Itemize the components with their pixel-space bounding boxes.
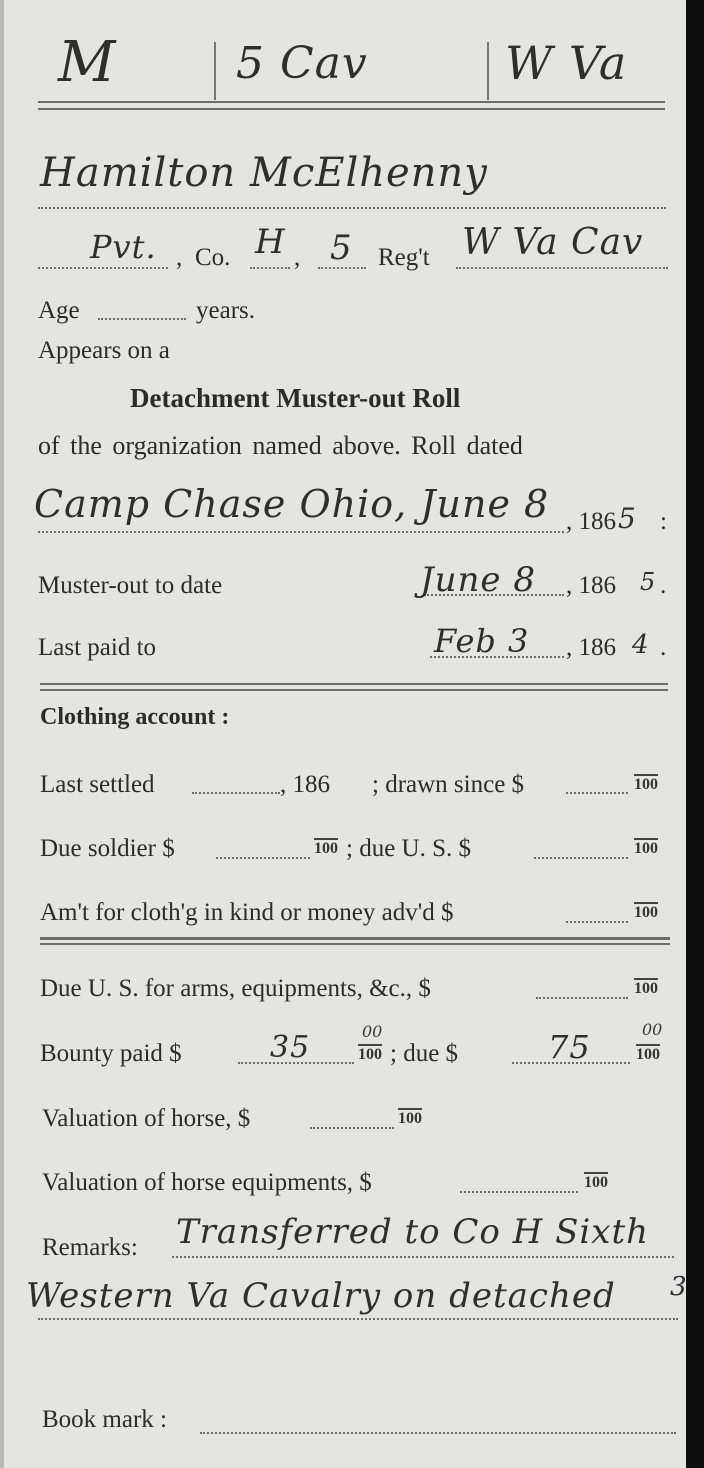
horse-equipments-cents: 100 bbox=[584, 1172, 608, 1191]
soldier-regiment-unit: W Va Cav bbox=[462, 222, 643, 263]
muster-out-tail: . bbox=[660, 572, 666, 600]
drawn-since-cents: 100 bbox=[634, 774, 658, 793]
last-settled-label: Last settled bbox=[40, 771, 155, 799]
horse-equipments-label: Valuation of horse equipments, $ bbox=[42, 1169, 372, 1197]
horse-valuation-label: Valuation of horse, $ bbox=[42, 1105, 250, 1133]
header-initial: M bbox=[58, 30, 116, 95]
card-left-edge bbox=[0, 0, 4, 1468]
rank-line bbox=[38, 267, 168, 269]
company-line bbox=[250, 267, 290, 269]
amt-clothing-line bbox=[566, 921, 628, 923]
due-us-arms-cents: 100 bbox=[634, 978, 658, 997]
header-regiment: 5 Cav bbox=[236, 38, 368, 89]
roll-year-tail: : bbox=[660, 508, 667, 536]
age-line bbox=[98, 318, 186, 320]
book-mark-line bbox=[200, 1432, 676, 1434]
remarks-line-1 bbox=[172, 1256, 674, 1258]
section-rule-1b bbox=[40, 689, 668, 691]
age-label: Age bbox=[38, 297, 80, 325]
header-divider-1 bbox=[214, 42, 216, 100]
regiment-label: Reg't bbox=[378, 244, 430, 272]
due-soldier-cents: 100 bbox=[314, 838, 338, 857]
soldier-company: H bbox=[255, 222, 286, 262]
roll-dated-text: of the organization named above. Roll da… bbox=[38, 431, 523, 461]
age-suffix: years. bbox=[196, 297, 255, 325]
due-soldier-line bbox=[216, 857, 310, 859]
horse-valuation-line bbox=[310, 1127, 394, 1129]
last-settled-year: , 186 bbox=[280, 771, 330, 799]
horse-valuation-cents: 100 bbox=[398, 1108, 422, 1127]
muster-out-card: M 5 Cav W Va Hamilton McElhenny Pvt. , C… bbox=[0, 0, 686, 1468]
header-rule-top bbox=[38, 101, 665, 103]
section-rule-1a bbox=[40, 683, 668, 685]
last-paid-year-prefix: , 186 bbox=[566, 634, 616, 662]
due-us-label: ; due U. S. $ bbox=[346, 835, 471, 863]
soldier-rank: Pvt. bbox=[90, 228, 157, 266]
remarks-line-2-text: Western Va Cavalry on detached bbox=[26, 1276, 616, 1316]
name-line bbox=[38, 207, 666, 209]
bounty-due-cents: 00 bbox=[642, 1020, 662, 1039]
remarks-label: Remarks: bbox=[42, 1234, 138, 1262]
bounty-paid-label: Bounty paid $ bbox=[40, 1040, 182, 1068]
last-paid-year-suffix: 4 bbox=[632, 630, 650, 660]
last-paid-label: Last paid to bbox=[38, 634, 156, 662]
last-settled-line bbox=[192, 792, 280, 794]
muster-out-date: June 8 bbox=[420, 560, 536, 600]
soldier-name: Hamilton McElhenny bbox=[40, 150, 488, 196]
due-us-cents: 100 bbox=[634, 838, 658, 857]
regiment-unit-line bbox=[456, 267, 668, 269]
bounty-due-label: ; due $ bbox=[390, 1040, 458, 1068]
muster-out-label: Muster-out to date bbox=[38, 572, 222, 600]
header-rule-bottom bbox=[38, 108, 665, 110]
muster-out-year-prefix: , 186 bbox=[566, 572, 616, 600]
company-comma: , bbox=[294, 244, 300, 272]
roll-date-line bbox=[38, 531, 564, 533]
bounty-due-denominator: 100 bbox=[636, 1044, 660, 1063]
drawn-since-line bbox=[566, 792, 628, 794]
roll-title: Detachment Muster-out Roll bbox=[130, 383, 460, 414]
bounty-paid-cents: 00 bbox=[362, 1022, 382, 1041]
muster-out-year-suffix: 5 bbox=[640, 568, 656, 596]
drawn-since-label: ; drawn since $ bbox=[372, 771, 524, 799]
horse-equipments-line bbox=[460, 1191, 578, 1193]
company-label: Co. bbox=[195, 244, 230, 272]
roll-year-suffix: 5 bbox=[618, 502, 637, 535]
section-rule-2b bbox=[40, 943, 670, 945]
bounty-due-value: 75 bbox=[548, 1028, 591, 1066]
amt-clothing-cents: 100 bbox=[634, 902, 658, 921]
amt-clothing-label: Am't for cloth'g in kind or money adv'd … bbox=[40, 899, 453, 927]
clothing-heading: Clothing account : bbox=[40, 704, 229, 731]
due-us-line bbox=[534, 857, 628, 859]
last-paid-tail: . bbox=[660, 634, 666, 662]
remarks-margin-note: 3 bbox=[670, 1272, 688, 1302]
soldier-regiment: 5 bbox=[330, 228, 353, 268]
due-us-arms-line bbox=[536, 997, 628, 999]
roll-place-date: Camp Chase Ohio, June 8 bbox=[34, 482, 549, 526]
due-us-arms-label: Due U. S. for arms, equipments, &c., $ bbox=[40, 975, 431, 1003]
remarks-line-1-text: Transferred to Co H Sixth bbox=[176, 1212, 649, 1252]
book-mark-label: Book mark : bbox=[42, 1406, 167, 1434]
section-rule-2a bbox=[40, 937, 670, 940]
header-state: W Va bbox=[505, 36, 627, 90]
bounty-paid-value: 35 bbox=[270, 1030, 310, 1065]
last-paid-date: Feb 3 bbox=[434, 622, 529, 660]
bounty-paid-denominator: 100 bbox=[358, 1044, 382, 1063]
scan-right-border bbox=[686, 0, 704, 1468]
roll-year-prefix: , 186 bbox=[566, 508, 616, 536]
header-divider-2 bbox=[487, 42, 489, 100]
due-soldier-label: Due soldier $ bbox=[40, 835, 175, 863]
remarks-line-2 bbox=[38, 1318, 678, 1320]
appears-on-text: Appears on a bbox=[38, 337, 170, 365]
rank-comma: , bbox=[176, 244, 182, 272]
